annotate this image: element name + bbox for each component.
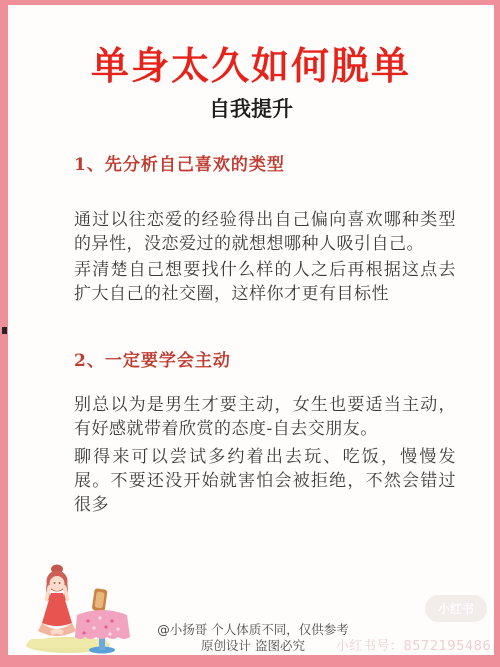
xiaohongshu-logo-badge: 小红书: [425, 595, 487, 622]
section-1-heading: 1、先分析自己喜欢的类型: [74, 150, 285, 175]
section-2-heading: 2、一定要学会主动: [74, 346, 231, 371]
section-1-paragraph-2: 弄清楚自己想要找什么样的人之后再根据这点去扩大自己的社交圈，这样你才更有目标性: [74, 258, 456, 306]
section-2-paragraph-2: 聊得来可以尝试多约着出去玩、吃饭，慢慢发展。不要还没开始就害怕会被拒绝，不然会错…: [74, 445, 456, 517]
pink-frame: 单身太久如何脱单 自我提升 1、先分析自己喜欢的类型 通过以往恋爱的经验得出自己…: [0, 0, 500, 667]
page-subtitle: 自我提升: [8, 93, 494, 123]
section-2-paragraph-1: 别总以为是男生才要主动，女生也要适当主动，有好感就带着欣赏的态度-自去交朋友。: [74, 393, 456, 441]
xiaohongshu-logo-text: 小红书: [438, 600, 474, 617]
girl-at-vanity-illustration: [20, 561, 132, 657]
page-title: 单身太久如何脱单: [8, 35, 494, 90]
edge-smudge-mark: [2, 327, 7, 334]
section-1-paragraph-1: 通过以往恋爱的经验得出自己偏向喜欢哪种类型的异性，没恋爱过的就想想哪种人吸引自己…: [74, 208, 456, 256]
xiaohongshu-account-watermark: 小红书号：8572195486: [336, 635, 491, 654]
content-card: 单身太久如何脱单 自我提升 1、先分析自己喜欢的类型 通过以往恋爱的经验得出自己…: [8, 5, 494, 655]
